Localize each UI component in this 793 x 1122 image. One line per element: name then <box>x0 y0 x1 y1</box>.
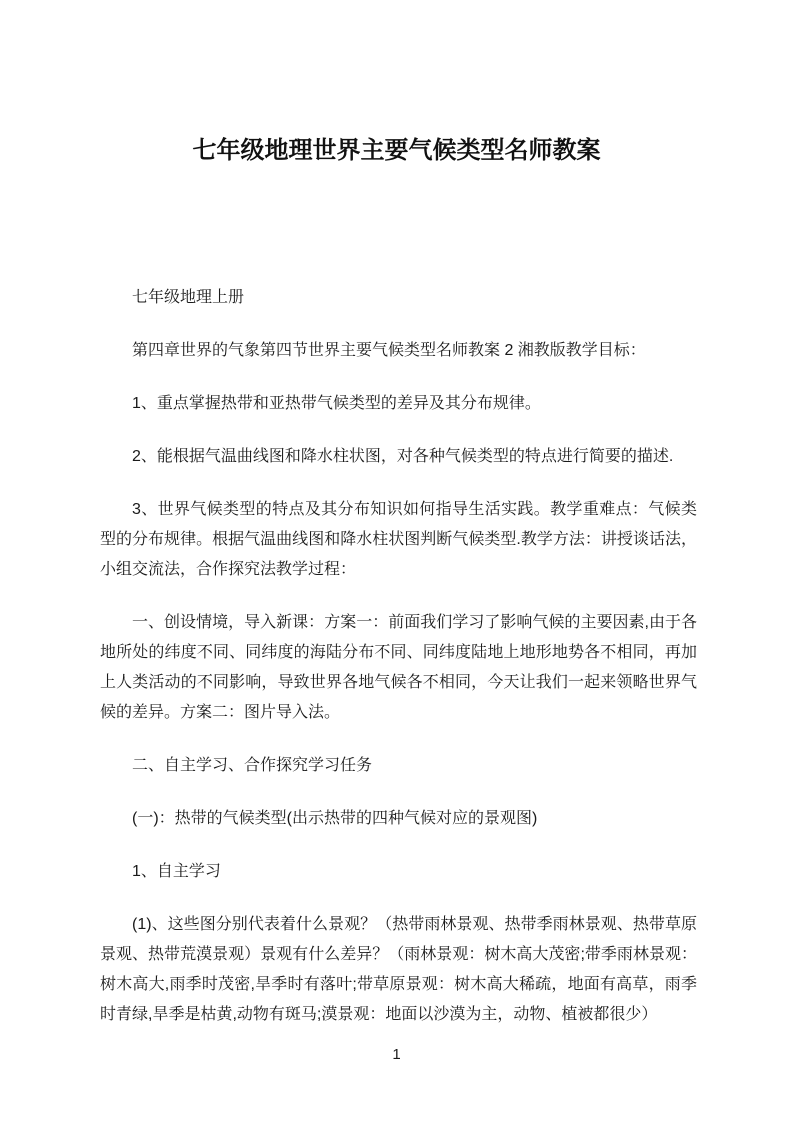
paragraph-section-2-heading: 二、自主学习、合作探究学习任务 <box>100 751 697 781</box>
paragraph-chapter-heading: 第四章世界的气象第四节世界主要气候类型名师教案 2 湘教版教学目标： <box>100 336 697 366</box>
document-title: 七年级地理世界主要气候类型名师教案 <box>0 133 793 169</box>
paragraph-self-study-heading: 1、自主学习 <box>100 857 697 887</box>
paragraph-question-1: (1)、这些图分别代表着什么景观？（热带雨林景观、热带季雨林景观、热带草原景观、… <box>100 910 697 1030</box>
paragraph-objective-1: 1、重点掌握热带和亚热带气候类型的差异及其分布规律。 <box>100 389 697 419</box>
paragraph-booklet: 七年级地理上册 <box>100 283 697 313</box>
paragraph-tropical-climate-heading: (一)：热带的气候类型(出示热带的四种气候对应的景观图) <box>100 804 697 834</box>
paragraph-objective-3-methods: 3、世界气候类型的特点及其分布知识如何指导生活实践。教学重难点：气候类型的分布规… <box>100 495 697 585</box>
document-page: 七年级地理世界主要气候类型名师教案 七年级地理上册 第四章世界的气象第四节世界主… <box>0 0 793 1122</box>
page-number: 1 <box>0 1045 793 1065</box>
paragraph-objective-2: 2、能根据气温曲线图和降水柱状图，对各种气候类型的特点进行简要的描述. <box>100 442 697 472</box>
paragraph-section-1-intro: 一、创设情境，导入新课：方案一：前面我们学习了影响气候的主要因素,由于各地所处的… <box>100 608 697 728</box>
document-body: 七年级地理上册 第四章世界的气象第四节世界主要气候类型名师教案 2 湘教版教学目… <box>100 283 697 1053</box>
